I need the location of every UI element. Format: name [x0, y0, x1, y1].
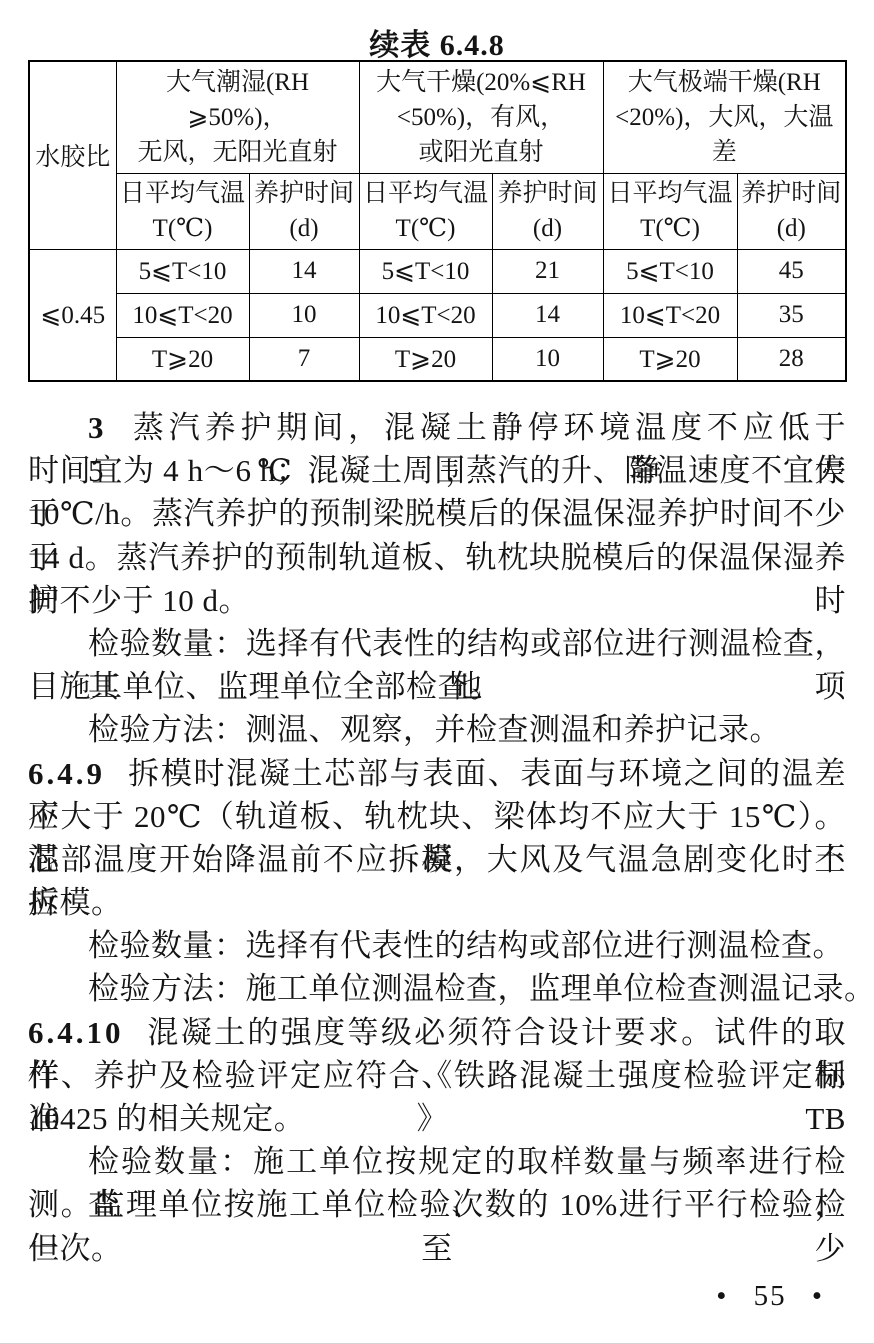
header-line: 日平均气温	[117, 176, 249, 211]
text-line: 时间宜为 4 h～6 h；混凝土周围蒸汽的升、降温速度不宜大于	[28, 449, 846, 492]
header-line: (d)	[250, 211, 359, 246]
text-line: 6.4.9拆模时混凝土芯部与表面、表面与环境之间的温差不	[28, 752, 846, 795]
table-cell: 28	[737, 337, 846, 381]
text-line: 10℃/h。蒸汽养护的预制梁脱模后的保温保湿养护时间不少于	[28, 492, 846, 535]
table-cell: 10⩽T<20	[603, 293, 737, 337]
page-number: • 55 •	[716, 1280, 824, 1313]
header-line: 无风，无阳光直射	[117, 135, 359, 170]
header-line: 大气潮湿(RH ⩾50%)，	[117, 65, 359, 135]
text-line: 芯部温度开始降温前不应拆模，大风及气温急剧变化时不应	[28, 838, 846, 881]
row-label-cell: ⩽0.45	[29, 249, 116, 381]
table-cell: 10⩽T<20	[116, 293, 249, 337]
header-line: 日平均气温	[604, 176, 737, 211]
text-line: 3蒸汽养护期间，混凝土静停环境温度不应低于 5℃，静停	[28, 406, 846, 449]
group-header-extreme-dry: 大气极端干燥(RH <20%)，大风，大温差	[603, 61, 846, 173]
subheader-temp: 日平均气温 T(℃)	[359, 173, 492, 249]
table-cell: 10	[249, 293, 359, 337]
header-line: 养护时间	[738, 176, 846, 211]
subheader-time: 养护时间 (d)	[737, 173, 846, 249]
text-line: 6.4.10混凝土的强度等级必须符合设计要求。试件的取样、制	[28, 1011, 846, 1054]
table-cell: 7	[249, 337, 359, 381]
subheader-temp: 日平均气温 T(℃)	[603, 173, 737, 249]
table-cell: 10⩽T<20	[359, 293, 492, 337]
corner-header-cell: 水胶比	[29, 61, 116, 249]
text-line: 检验方法：测温、观察，并检查测温和养护记录。	[28, 708, 846, 751]
table-cell: T⩾20	[116, 337, 249, 381]
text-line: 作、养护及检验评定应符合《铁路混凝土强度检验评定标准》TB	[28, 1054, 846, 1097]
table-header-row-sub: 日平均气温 T(℃) 养护时间 (d) 日平均气温 T(℃) 养护时间 (d) …	[29, 173, 846, 249]
table-cell: 5⩽T<10	[359, 249, 492, 293]
header-line: (d)	[738, 211, 846, 246]
table-row: T⩾20 7 T⩾20 10 T⩾20 28	[29, 337, 846, 381]
table-cell: 10	[492, 337, 603, 381]
table-row: 10⩽T<20 10 10⩽T<20 14 10⩽T<20 35	[29, 293, 846, 337]
header-line: 养护时间	[250, 176, 359, 211]
header-line: 日平均气温	[360, 176, 492, 211]
table-cell: 21	[492, 249, 603, 293]
text-line: 应大于 20℃（轨道板、轨枕块、梁体均不应大于 15℃）。混凝土	[28, 795, 846, 838]
header-line: <20%)，大风，大温差	[604, 100, 846, 170]
text-line: 检验数量：选择有代表性的结构或部位进行测温检查。	[28, 924, 846, 967]
text-line: 检验数量：施工单位按规定的取样数量与频率进行检查、检	[28, 1140, 846, 1183]
curing-time-table: 水胶比 大气潮湿(RH ⩾50%)， 无风，无阳光直射 大气干燥(20%⩽RH …	[28, 60, 847, 382]
table-cell: 5⩽T<10	[116, 249, 249, 293]
header-line: (d)	[493, 211, 603, 246]
clause-number: 6.4.10	[28, 1015, 124, 1050]
header-line: T(℃)	[604, 211, 737, 246]
subheader-temp: 日平均气温 T(℃)	[116, 173, 249, 249]
header-line: 养护时间	[493, 176, 603, 211]
header-line: <50%)，有风，	[360, 100, 603, 135]
table-row: ⩽0.45 5⩽T<10 14 5⩽T<10 21 5⩽T<10 45	[29, 249, 846, 293]
text-line: 检验方法：施工单位测温检查，监理单位检查测温记录。	[28, 967, 846, 1010]
table-cell: 45	[737, 249, 846, 293]
header-line: 大气极端干燥(RH	[604, 65, 846, 100]
group-header-humid: 大气潮湿(RH ⩾50%)， 无风，无阳光直射	[116, 61, 359, 173]
clause-number: 3	[88, 410, 107, 445]
header-line: 或阳光直射	[360, 135, 603, 170]
table-cell: 14	[249, 249, 359, 293]
body-text: 3蒸汽养护期间，混凝土静停环境温度不应低于 5℃，静停 时间宜为 4 h～6 h…	[28, 406, 846, 1270]
table-cell: 14	[492, 293, 603, 337]
header-line: T(℃)	[117, 211, 249, 246]
table-title: 续表 6.4.8	[0, 20, 874, 64]
table-header-row-groups: 水胶比 大气潮湿(RH ⩾50%)， 无风，无阳光直射 大气干燥(20%⩽RH …	[29, 61, 846, 173]
header-line: 大气干燥(20%⩽RH	[360, 65, 603, 100]
subheader-time: 养护时间 (d)	[249, 173, 359, 249]
group-header-dry: 大气干燥(20%⩽RH <50%)，有风， 或阳光直射	[359, 61, 603, 173]
table-cell: T⩾20	[359, 337, 492, 381]
document-page: 续表 6.4.8 水胶比 大气潮湿(RH ⩾50%)， 无风，无阳光直射 大气干…	[0, 0, 874, 1343]
table-cell: 35	[737, 293, 846, 337]
clause-number: 6.4.9	[28, 756, 105, 791]
header-line: T(℃)	[360, 211, 492, 246]
text-line: 测。监理单位按施工单位检验次数的 10%进行平行检验，但至少	[28, 1183, 846, 1226]
text-line: 拆模。	[28, 881, 846, 924]
text-line: 检验数量：选择有代表性的结构或部位进行测温检查，其他项	[28, 622, 846, 665]
subheader-time: 养护时间 (d)	[492, 173, 603, 249]
table-cell: 5⩽T<10	[603, 249, 737, 293]
table-cell: T⩾20	[603, 337, 737, 381]
text-line: 14 d。蒸汽养护的预制轨道板、轨枕块脱模后的保温保湿养护时	[28, 536, 846, 579]
